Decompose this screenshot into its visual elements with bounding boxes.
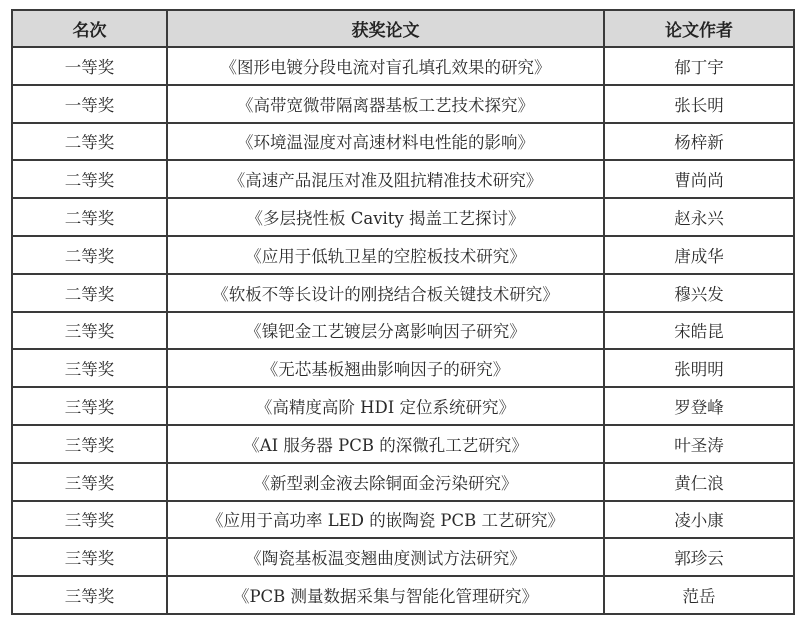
table-row: 三等奖 《PCB 测量数据采集与智能化管理研究》 范岳 xyxy=(12,576,794,614)
header-author: 论文作者 xyxy=(604,10,794,47)
rank-cell: 二等奖 xyxy=(12,274,167,312)
author-cell: 杨梓新 xyxy=(604,123,794,161)
table-header: 名次 获奖论文 论文作者 xyxy=(12,10,794,47)
author-cell: 穆兴发 xyxy=(604,274,794,312)
paper-cell: 《无芯基板翘曲影响因子的研究》 xyxy=(167,349,604,387)
table-row: 二等奖 《多层挠性板 Cavity 揭盖工艺探讨》 赵永兴 xyxy=(12,198,794,236)
awards-table-container: 名次 获奖论文 论文作者 一等奖 《图形电镀分段电流对盲孔填孔效果的研究》 郁丁… xyxy=(11,9,793,615)
author-cell: 赵永兴 xyxy=(604,198,794,236)
paper-cell: 《AI 服务器 PCB 的深微孔工艺研究》 xyxy=(167,425,604,463)
paper-cell: 《应用于高功率 LED 的嵌陶瓷 PCB 工艺研究》 xyxy=(167,501,604,539)
table-row: 三等奖 《陶瓷基板温变翘曲度测试方法研究》 郭珍云 xyxy=(12,538,794,576)
header-paper: 获奖论文 xyxy=(167,10,604,47)
author-cell: 范岳 xyxy=(604,576,794,614)
paper-cell: 《多层挠性板 Cavity 揭盖工艺探讨》 xyxy=(167,198,604,236)
table-row: 三等奖 《新型剥金液去除铜面金污染研究》 黄仁浪 xyxy=(12,463,794,501)
rank-cell: 三等奖 xyxy=(12,349,167,387)
author-cell: 宋皓昆 xyxy=(604,312,794,350)
author-cell: 郁丁宇 xyxy=(604,47,794,85)
paper-cell: 《环境温湿度对高速材料电性能的影响》 xyxy=(167,123,604,161)
table-row: 二等奖 《软板不等长设计的刚挠结合板关键技术研究》 穆兴发 xyxy=(12,274,794,312)
header-row: 名次 获奖论文 论文作者 xyxy=(12,10,794,47)
author-cell: 郭珍云 xyxy=(604,538,794,576)
rank-cell: 三等奖 xyxy=(12,387,167,425)
table-row: 三等奖 《无芯基板翘曲影响因子的研究》 张明明 xyxy=(12,349,794,387)
author-cell: 曹尚尚 xyxy=(604,160,794,198)
table-body: 一等奖 《图形电镀分段电流对盲孔填孔效果的研究》 郁丁宇 一等奖 《高带宽微带隔… xyxy=(12,47,794,614)
paper-cell: 《应用于低轨卫星的空腔板技术研究》 xyxy=(167,236,604,274)
table-row: 三等奖 《AI 服务器 PCB 的深微孔工艺研究》 叶圣涛 xyxy=(12,425,794,463)
table-row: 二等奖 《高速产品混压对准及阻抗精准技术研究》 曹尚尚 xyxy=(12,160,794,198)
author-cell: 罗登峰 xyxy=(604,387,794,425)
author-cell: 唐成华 xyxy=(604,236,794,274)
paper-cell: 《镍钯金工艺镀层分离影响因子研究》 xyxy=(167,312,604,350)
rank-cell: 二等奖 xyxy=(12,123,167,161)
table-row: 三等奖 《镍钯金工艺镀层分离影响因子研究》 宋皓昆 xyxy=(12,312,794,350)
rank-cell: 三等奖 xyxy=(12,463,167,501)
author-cell: 张长明 xyxy=(604,85,794,123)
rank-cell: 三等奖 xyxy=(12,425,167,463)
rank-cell: 三等奖 xyxy=(12,312,167,350)
paper-cell: 《新型剥金液去除铜面金污染研究》 xyxy=(167,463,604,501)
author-cell: 叶圣涛 xyxy=(604,425,794,463)
table-row: 三等奖 《高精度高阶 HDI 定位系统研究》 罗登峰 xyxy=(12,387,794,425)
awards-table: 名次 获奖论文 论文作者 一等奖 《图形电镀分段电流对盲孔填孔效果的研究》 郁丁… xyxy=(11,9,795,615)
table-row: 二等奖 《环境温湿度对高速材料电性能的影响》 杨梓新 xyxy=(12,123,794,161)
header-rank: 名次 xyxy=(12,10,167,47)
paper-cell: 《PCB 测量数据采集与智能化管理研究》 xyxy=(167,576,604,614)
paper-cell: 《高精度高阶 HDI 定位系统研究》 xyxy=(167,387,604,425)
rank-cell: 三等奖 xyxy=(12,576,167,614)
paper-cell: 《高带宽微带隔离器基板工艺技术探究》 xyxy=(167,85,604,123)
rank-cell: 二等奖 xyxy=(12,198,167,236)
table-row: 一等奖 《高带宽微带隔离器基板工艺技术探究》 张长明 xyxy=(12,85,794,123)
rank-cell: 三等奖 xyxy=(12,538,167,576)
paper-cell: 《陶瓷基板温变翘曲度测试方法研究》 xyxy=(167,538,604,576)
paper-cell: 《软板不等长设计的刚挠结合板关键技术研究》 xyxy=(167,274,604,312)
paper-cell: 《高速产品混压对准及阻抗精准技术研究》 xyxy=(167,160,604,198)
rank-cell: 二等奖 xyxy=(12,160,167,198)
table-row: 三等奖 《应用于高功率 LED 的嵌陶瓷 PCB 工艺研究》 凌小康 xyxy=(12,501,794,539)
author-cell: 凌小康 xyxy=(604,501,794,539)
author-cell: 黄仁浪 xyxy=(604,463,794,501)
paper-cell: 《图形电镀分段电流对盲孔填孔效果的研究》 xyxy=(167,47,604,85)
rank-cell: 一等奖 xyxy=(12,47,167,85)
table-row: 二等奖 《应用于低轨卫星的空腔板技术研究》 唐成华 xyxy=(12,236,794,274)
table-row: 一等奖 《图形电镀分段电流对盲孔填孔效果的研究》 郁丁宇 xyxy=(12,47,794,85)
rank-cell: 一等奖 xyxy=(12,85,167,123)
rank-cell: 二等奖 xyxy=(12,236,167,274)
author-cell: 张明明 xyxy=(604,349,794,387)
rank-cell: 三等奖 xyxy=(12,501,167,539)
